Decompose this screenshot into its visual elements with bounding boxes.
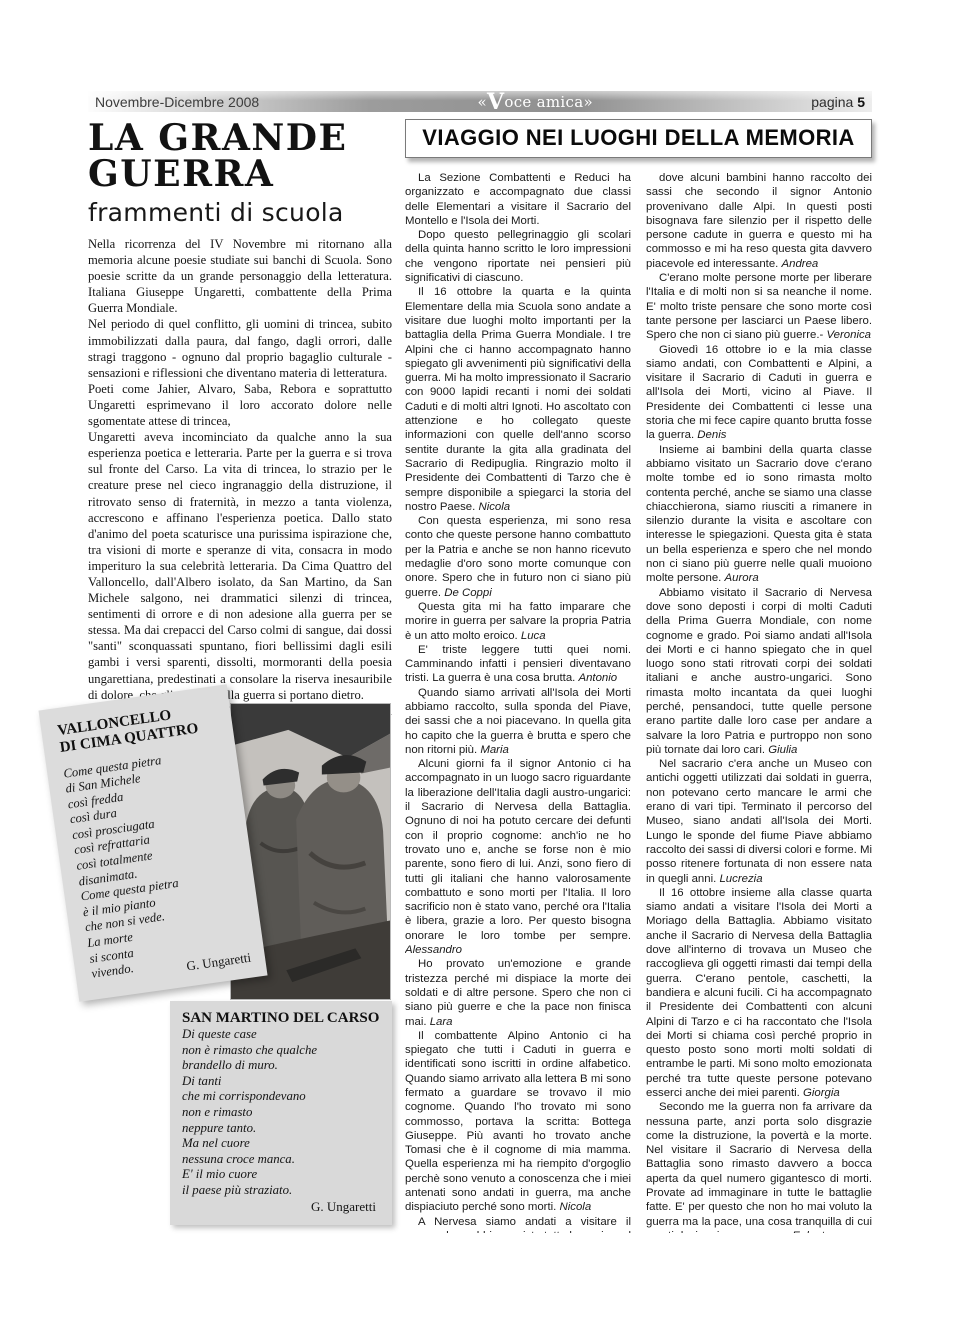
- masthead-rest: oce amica»: [504, 93, 593, 111]
- impression-author: Aurora: [725, 572, 759, 584]
- impression-text: Abbiamo visitato il Sacrario di Nervesa …: [646, 587, 872, 756]
- page-number-label: pagina: [811, 94, 853, 110]
- poem-line: Ma nel cuore: [182, 1136, 380, 1152]
- poem-card-san-martino: SAN MARTINO DEL CARSO Di queste casenon …: [170, 1001, 392, 1225]
- impression-author: Antonio: [579, 672, 618, 684]
- impression-text: Con questa esperienza, mi sono resa cont…: [405, 515, 631, 598]
- poem-line: nessuna croce manca.: [182, 1152, 380, 1168]
- impression-author: Maria: [480, 744, 508, 756]
- impression-text: Nel sacrario c'era anche un Museo con an…: [646, 758, 872, 884]
- poem-lines: Di queste casenon è rimasto che qualcheb…: [182, 1027, 380, 1199]
- article-paragraph: Poeti come Jahier, Alvaro, Saba, Rebora …: [88, 381, 392, 429]
- impression-text: Questa gita mi ha fatto imparare che mor…: [405, 601, 631, 642]
- impression-paragraph: Questa gita mi ha fatto imparare che mor…: [405, 600, 631, 643]
- impression-paragraph: E' triste leggere tutti quei nomi. Cammi…: [405, 643, 631, 686]
- impression-text: Il 16 ottobre la quarta e la quinta Elem…: [405, 286, 631, 512]
- poem-line: neppure tanto.: [182, 1121, 380, 1137]
- article-body: Nella ricorrenza del IV Novembre mi rito…: [88, 236, 392, 735]
- poem-attribution: G. Ungaretti: [182, 1199, 380, 1215]
- impression-paragraph: Abbiamo visitato il Sacrario di Nervesa …: [646, 586, 872, 758]
- page-header-bar: Novembre-Dicembre 2008 «Voce amica» pagi…: [88, 91, 872, 112]
- article-paragraph: Ungaretti aveva incominciato da qualche …: [88, 429, 392, 703]
- poem-line: brandello di muro.: [182, 1058, 380, 1074]
- impression-author: Lara: [430, 1016, 453, 1028]
- impression-paragraph: La Sezione Combattenti e Reduci ha organ…: [405, 171, 631, 228]
- feature-column-2: dove alcuni bambini hanno raccolto dei s…: [646, 171, 872, 1233]
- article-title: LA GRANDE GUERRA: [88, 120, 392, 192]
- impression-author: Denis: [697, 429, 726, 441]
- impression-author: Nicola: [560, 1201, 592, 1213]
- impression-paragraph: Dopo questo pellegrinaggio gli scolari d…: [405, 228, 631, 285]
- impression-text: Il 16 ottobre insieme alla classe quarta…: [646, 887, 872, 1099]
- impression-author: Luca: [521, 630, 546, 642]
- feature-title: VIAGGIO NEI LUOGHI DELLA MEMORIA: [405, 119, 872, 158]
- masthead-initial: V: [487, 89, 504, 115]
- poem-line: il paese più straziato.: [182, 1183, 380, 1199]
- impression-paragraph: C'erano molte persone morte per liberare…: [646, 271, 872, 342]
- impression-text: Giovedì 16 ottobre io e la mia classe si…: [646, 344, 872, 442]
- poem-lines: Come questa pietradi San Michelecosì fre…: [62, 744, 253, 983]
- impression-author: Giulia: [768, 744, 797, 756]
- impression-paragraph: Alcuni giorni fa il signor Antonio ci ha…: [405, 757, 631, 957]
- impression-paragraph: Il combattente Alpino Antonio ci ha spie…: [405, 1029, 631, 1215]
- poem-line: Di queste case: [182, 1027, 380, 1043]
- poem-line: Di tanti: [182, 1074, 380, 1090]
- feature-column-1: La Sezione Combattenti e Reduci ha organ…: [405, 171, 631, 1233]
- page-number: pagina 5: [811, 94, 865, 110]
- impression-author: Andrea: [782, 258, 819, 270]
- impression-text: dove alcuni bambini hanno raccolto dei s…: [646, 172, 872, 270]
- impression-text: Il combattente Alpino Antonio ci ha spie…: [405, 1030, 631, 1214]
- impression-text: Alcuni giorni fa il signor Antonio ci ha…: [405, 758, 631, 942]
- page-number-value: 5: [857, 94, 865, 110]
- impression-text: Secondo me la guerra non fa arrivare da …: [646, 1101, 872, 1233]
- impression-paragraph: Nel sacrario c'era anche un Museo con an…: [646, 757, 872, 886]
- impression-text: La Sezione Combattenti e Reduci ha organ…: [405, 172, 631, 227]
- impression-author: Eglant: [792, 1230, 824, 1233]
- impression-text: A Nervesa siamo andati a visitare il mus…: [405, 1216, 631, 1233]
- impression-paragraph: Insieme ai bambini della quarta classe a…: [646, 443, 872, 586]
- impression-author: Giorgia: [803, 1087, 840, 1099]
- article-paragraph: Nel periodo di quel conflitto, gli uomin…: [88, 316, 392, 380]
- impression-paragraph: Il 16 ottobre insieme alla classe quarta…: [646, 886, 872, 1100]
- article-paragraph: Nella ricorrenza del IV Novembre mi rito…: [88, 236, 392, 316]
- feature-columns: La Sezione Combattenti e Reduci ha organ…: [405, 171, 872, 1233]
- impression-paragraph: Con questa esperienza, mi sono resa cont…: [405, 514, 631, 600]
- feature-section: VIAGGIO NEI LUOGHI DELLA MEMORIA La Sezi…: [405, 119, 872, 1233]
- impression-paragraph: Secondo me la guerra non fa arrivare da …: [646, 1100, 872, 1233]
- poem-line: non e rimasto: [182, 1105, 380, 1121]
- poem-card-valloncello: VALLONCELLO DI CIMA QUATTRO Come questa …: [38, 684, 267, 1001]
- impression-paragraph: Ho provato un'emozione e grande tristezz…: [405, 957, 631, 1028]
- masthead: «Voce amica»: [478, 89, 593, 115]
- newspaper-page: Novembre-Dicembre 2008 «Voce amica» pagi…: [0, 0, 960, 1323]
- impression-author: De Coppi: [444, 587, 492, 599]
- issue-date: Novembre-Dicembre 2008: [95, 94, 259, 110]
- impression-author: Lucrezia: [719, 873, 762, 885]
- left-article: LA GRANDE GUERRA frammenti di scuola Nel…: [88, 120, 392, 754]
- poem-line: E' il mio cuore: [182, 1167, 380, 1183]
- impression-author: Alessandro: [405, 944, 462, 956]
- impression-paragraph: Quando siamo arrivati all'Isola dei Mort…: [405, 686, 631, 757]
- poem-line: non è rimasto che qualche: [182, 1043, 380, 1059]
- impression-paragraph: dove alcuni bambini hanno raccolto dei s…: [646, 171, 872, 271]
- impression-author: Veronica: [826, 329, 871, 341]
- poem-line: che mi corrispondevano: [182, 1089, 380, 1105]
- impression-paragraph: Giovedì 16 ottobre io e la mia classe si…: [646, 343, 872, 443]
- impression-author: Nicola: [478, 501, 510, 513]
- impression-text: Dopo questo pellegrinaggio gli scolari d…: [405, 229, 631, 284]
- impression-text: Quando siamo arrivati all'Isola dei Mort…: [405, 687, 631, 756]
- masthead-prefix: «: [478, 93, 487, 111]
- poem-title: SAN MARTINO DEL CARSO: [182, 1010, 380, 1027]
- impression-paragraph: Il 16 ottobre la quarta e la quinta Elem…: [405, 285, 631, 514]
- article-subtitle: frammenti di scuola: [88, 198, 392, 227]
- impression-text: Insieme ai bambini della quarta classe a…: [646, 444, 872, 585]
- impression-paragraph: A Nervesa siamo andati a visitare il mus…: [405, 1215, 631, 1233]
